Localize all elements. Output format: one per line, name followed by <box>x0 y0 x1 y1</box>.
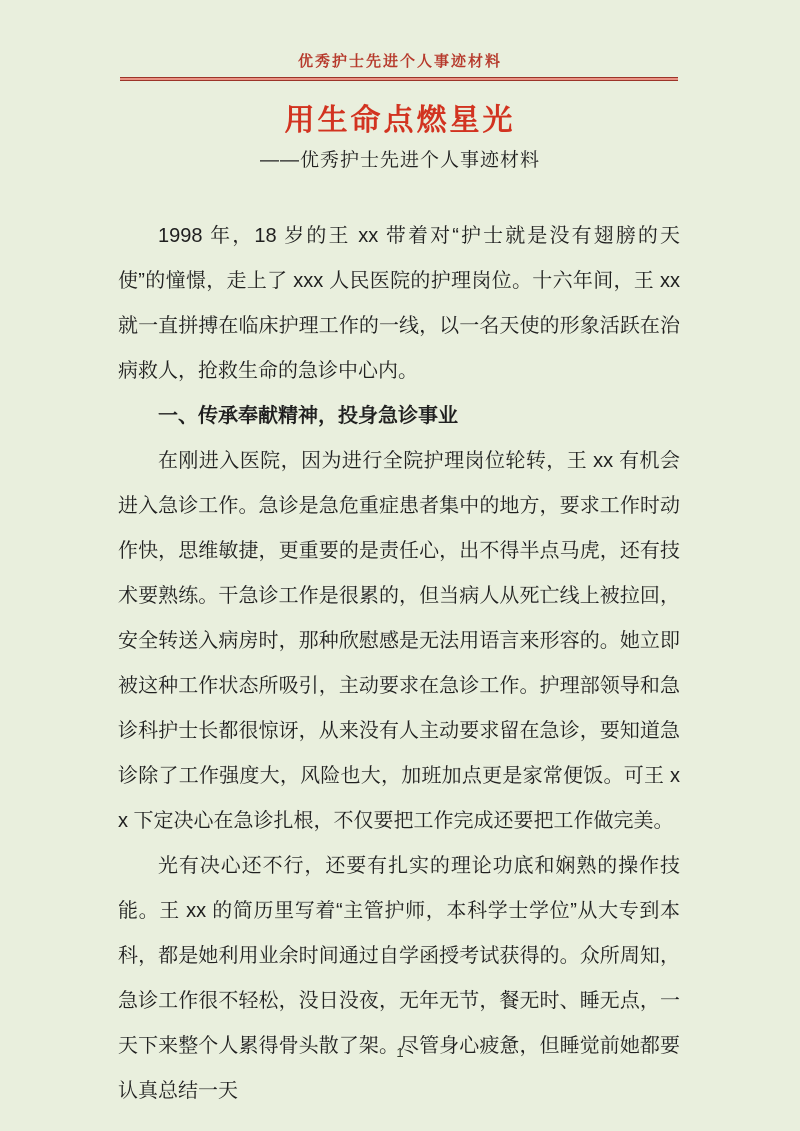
header-double-rule <box>120 77 678 81</box>
paragraph-section1-body-2: 光有决心还不行，还要有扎实的理论功底和娴熟的操作技能。王 xx 的简历里写着“主… <box>118 844 680 1114</box>
page-header-title: 优秀护士先进个人事迹材料 <box>0 50 800 71</box>
paragraph-section1-body: 在刚进入医院，因为进行全院护理岗位轮转，王 xx 有机会进入急诊工作。急诊是急危… <box>118 439 680 844</box>
section-heading-1: 一、传承奉献精神，投身急诊事业 <box>118 394 680 439</box>
paragraph-intro: 1998 年，18 岁的王 xx 带着对“护士就是没有翅膀的天使”的憧憬，走上了… <box>118 214 680 394</box>
document-body: 1998 年，18 岁的王 xx 带着对“护士就是没有翅膀的天使”的憧憬，走上了… <box>118 214 680 1114</box>
page-number: 1 <box>0 1045 800 1060</box>
document-page: 优秀护士先进个人事迹材料 用生命点燃星光 ——优秀护士先进个人事迹材料 1998… <box>0 0 800 1131</box>
document-title: 用生命点燃星光 <box>0 95 800 139</box>
document-subtitle: ——优秀护士先进个人事迹材料 <box>0 145 800 172</box>
